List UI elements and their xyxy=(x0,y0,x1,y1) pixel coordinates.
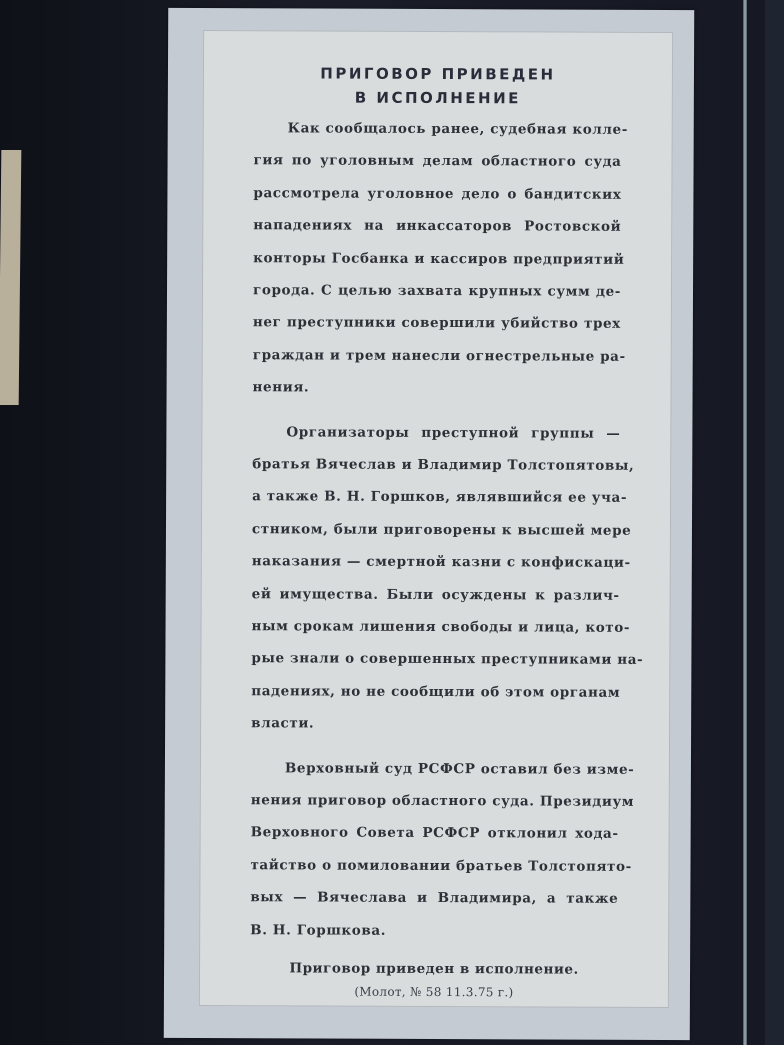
headline-line-2: В ИСПОЛНЕНИЕ xyxy=(204,88,672,108)
article-line: ным срокам лишения свободы и лица, кото- xyxy=(251,618,619,636)
article-line: Верховный суд РСФСР оставил без изме- xyxy=(285,760,619,777)
article-line: стником, были приговорены к высшей мере xyxy=(252,521,620,539)
article-line: В. Н. Горшкова. xyxy=(250,922,618,940)
article-line: рассмотрела уголовное дело о бандитских xyxy=(253,185,621,203)
article-line: тайство о помиловании братьев Толстопято… xyxy=(250,857,618,875)
article-line: нападениях на инкассаторов Ростовской xyxy=(253,217,621,235)
article-line: вых — Вячеслава и Владимира, а также xyxy=(250,889,618,907)
newspaper-clipping: ПРИГОВОР ПРИВЕДЕН В ИСПОЛНЕНИЕ Как сообщ… xyxy=(199,30,673,1008)
article-line: нения. xyxy=(253,379,621,397)
article-line: Верховного Совета РСФСР отклонил хода- xyxy=(251,825,619,843)
article-line: рые знали о совершенных преступниками на… xyxy=(251,651,619,669)
glass-edge xyxy=(743,0,747,1045)
article-line: падениях, но не сообщили об этом органам xyxy=(251,683,619,701)
article-line: Как сообщалось ранее, судебная колле- xyxy=(288,120,622,137)
article-line: власти. xyxy=(251,715,619,733)
article-line: гия по уголовным делам областного суда xyxy=(254,153,622,171)
adjacent-exhibit-paper xyxy=(0,150,21,405)
article-line: братья Вячеслав и Владимир Толстопятовы, xyxy=(252,456,620,474)
article-line: конторы Госбанка и кассиров предприятий xyxy=(253,250,621,268)
article-line: Организаторы преступной группы — xyxy=(286,424,620,441)
article-line: граждан и трем нанесли огнестрельные ра- xyxy=(253,347,621,365)
article-body: Как сообщалось ранее, судебная колле-гия… xyxy=(204,31,672,33)
closing-statement: Приговор приведен в исполнение. xyxy=(200,960,668,978)
article-line: города. С целью захвата крупных сумм де- xyxy=(253,282,621,300)
article-line: наказания — смертной казни с конфискаци- xyxy=(252,553,620,571)
article-line: нения приговор областного суда. Президиу… xyxy=(251,792,619,810)
article-line: ей имущества. Были осуждены к различ- xyxy=(252,586,620,604)
headline-line-1: ПРИГОВОР ПРИВЕДЕН xyxy=(204,64,672,84)
source-citation: (Молот, № 58 11.3.75 г.) xyxy=(200,984,668,1000)
article-line: а также В. Н. Горшков, являвшийся ее уча… xyxy=(252,489,620,507)
frame-edge xyxy=(765,0,784,1045)
article-line: нег преступники совершили убийство трех xyxy=(253,315,621,333)
